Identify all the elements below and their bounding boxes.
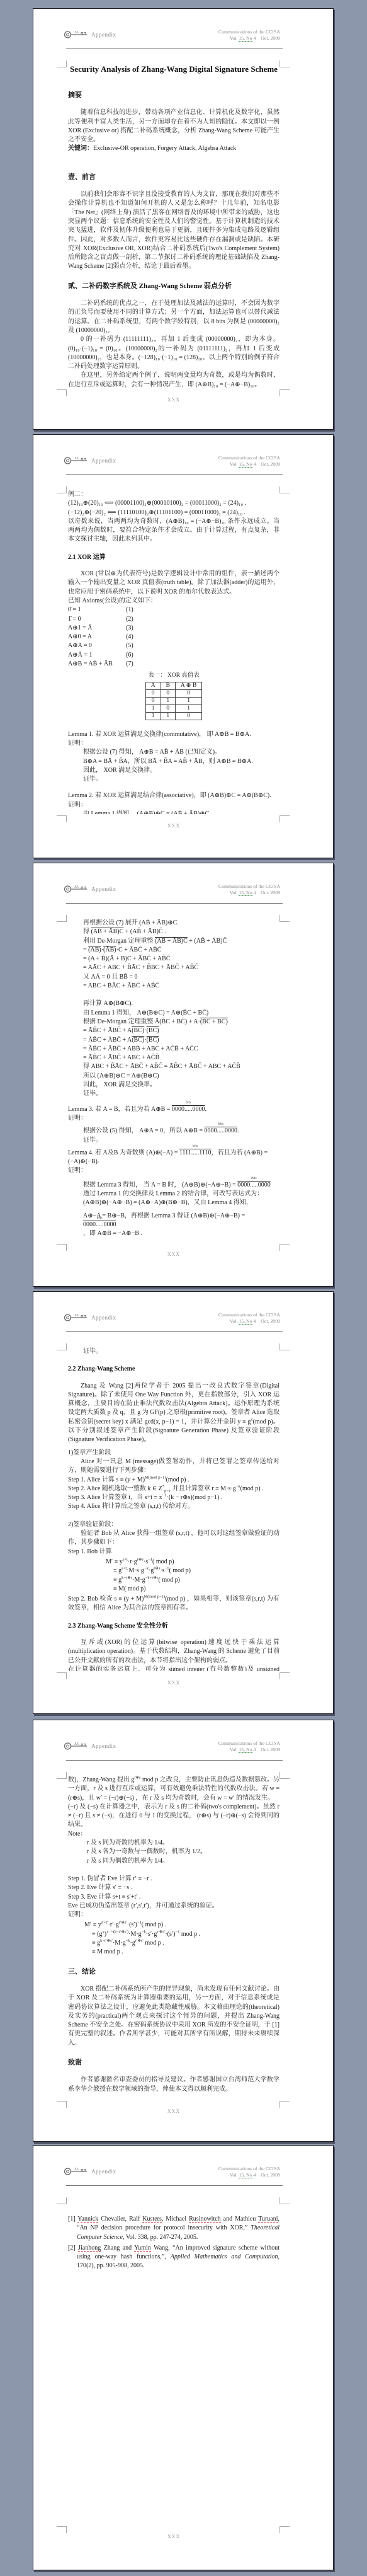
equation-line: 证毕。: [83, 1090, 279, 1098]
section-3-heading: 三、结论: [68, 1967, 279, 1976]
margin-mark-top-left: [57, 915, 67, 922]
table-cell: 1: [175, 697, 201, 704]
equation-line: 得 (AB̄ + ĀB)C + (AB̄ + ĀB)C̄ .: [83, 928, 279, 936]
journal-name: Communications of the CCISA: [218, 2166, 280, 2172]
journal-name: Communications of the CCISA: [218, 1740, 280, 1747]
table-header-cell: A: [145, 682, 161, 689]
journal-name: Communications of the CCISA: [218, 29, 280, 35]
table-header-cell: B: [161, 682, 175, 689]
page-2-content: 例二：(12)₁₀⊕(20)₁₀ ⟺ (00001100)₂⊕(00010100…: [68, 490, 279, 814]
margin-mark-bottom-left: [57, 389, 67, 396]
table-row: 011: [145, 697, 202, 704]
spacer: [68, 725, 279, 730]
table-row: 110: [145, 712, 202, 720]
journal-info: Communications of the CCISA Vol. 15, No …: [218, 29, 280, 42]
table-header-cell: A ⊕ B: [175, 682, 201, 689]
journal-vol-number: 15, No: [239, 890, 252, 896]
margin-mark-top-right: [279, 2197, 290, 2204]
paragraph: 互斥或(XOR)的位运算(bitwise operation)速度远快于乘法运算…: [68, 1638, 279, 1665]
equation-line: 证毕。: [83, 1136, 279, 1145]
header-rule: [66, 903, 283, 904]
spacer: [68, 1099, 279, 1105]
text-line: 证明：: [68, 1166, 279, 1175]
table-cell: 1: [161, 712, 175, 720]
equation-line: 根据公设 (5) 得知， A⊕A = 0，所以 A⊕B = bits0000..…: [83, 1127, 279, 1136]
ccisa-key-logo-icon: SA: [64, 2166, 89, 2177]
equation-line: 得 ABC + B̄ĀC + ĀBC̄ + AB̄C̄ = ĀB̄C + ĀBC…: [83, 1062, 279, 1071]
table-row: 000: [145, 689, 202, 697]
page-3: SA Appendix Communications of the CCISA …: [33, 863, 334, 1287]
equation-line: 因此， XOR 满足交换律。: [83, 766, 279, 775]
journal-logo: SA Appendix: [64, 2166, 116, 2177]
page-header: SA Appendix Communications of the CCISA …: [64, 1312, 280, 1330]
table-cell: 0: [161, 689, 175, 697]
header-rule: [66, 2185, 283, 2186]
spacer: [68, 1512, 279, 1521]
text-line: Lemma 3. 若 A = B，若且为若 A⊕B = bits0000....…: [68, 1105, 279, 1114]
equation-line: 证毕。: [83, 775, 279, 784]
journal-info: Communications of the CCISA Vol. 15, No …: [218, 1740, 280, 1753]
axiom-line: A⊕A = 0(5): [68, 641, 279, 650]
equation-line: = (AB̄)·(ĀB)·C + ĀBC̄ + AB̄C̄: [83, 946, 279, 955]
equation-line: = ĀB̄C + ĀBC̄ + A(B̄C)·(BC̄): [83, 1036, 279, 1045]
text-line: Note：: [68, 1830, 279, 1839]
page-number-footer: XXX: [68, 1251, 279, 1257]
equation-line: 再根据公设 (7) 展开 (AB̄ + ĀB)⊕C.: [83, 919, 279, 928]
section-2-3-heading: 2.3 Zhang-Wang Scheme 安全性分析: [68, 1622, 279, 1631]
table-cell: 1: [175, 704, 201, 712]
equation-line: 根据 De-Morgan 定理重整 Ā(B̄C + BC̄) + A·(B̄C …: [83, 1018, 279, 1026]
margin-mark-top-right: [279, 486, 290, 493]
page-number-footer: XXX: [68, 2534, 279, 2539]
journal-vol-number: 15, No: [239, 461, 252, 468]
table-cell: 1: [145, 704, 161, 712]
paragraph: 二补码系统的优点之一，在于处理加法及减法的运算时，不会因为数字的正负号而要使用不…: [68, 299, 279, 335]
paragraph: Zhang 及 Wang [2]两位学者于 2005 提出一改良式数字签章(Di…: [68, 1382, 279, 1445]
svg-text:SA: SA: [74, 457, 79, 461]
acknowledgement-heading: 致谢: [68, 2058, 279, 2067]
margin-mark-top-right: [279, 915, 290, 922]
journal-issue: Vol. 15, No 4 Oct. 2009: [218, 1318, 280, 1325]
page-4-content: 证毕。2.2 Zhang-Wang SchemeZhang 及 Wang [2]…: [68, 1347, 279, 1671]
header-appendix-label: Appendix: [91, 1314, 116, 1321]
page-5-content: 数)，Zhang-Wang 提出 gr⊕s mod p 之改良，主要防止讯息伪造…: [68, 1776, 279, 2100]
equation-line: 所以 (A⊕B)⊕C = A⊕(B⊕C): [83, 1072, 279, 1081]
page-6: SA Appendix Communications of the CCISA …: [33, 2145, 334, 2570]
paragraph: 在计算器的实务运算上，可分为 signed integer (有号数整数)及 u…: [68, 1665, 279, 1671]
abstract-heading: 摘要: [68, 91, 279, 100]
text-line: 证明：: [68, 739, 279, 748]
page-header: SA Appendix Communications of the CCISA …: [64, 883, 280, 901]
header-rule: [66, 1331, 283, 1332]
journal-issue-date: 4 Oct. 2009: [254, 890, 280, 895]
equation-line: 又 AĀ = 0 且 BB̄ = 0: [83, 973, 279, 982]
svg-text:SA: SA: [74, 31, 79, 35]
paragraph: (−r) 及 (−s) 在计算器之中，表示为 r 及 s 的二补码(two's …: [68, 1803, 279, 1830]
svg-text:SA: SA: [74, 885, 79, 889]
page-header: SA Appendix Communications of the CCISA …: [64, 455, 280, 473]
text-line: Lemma 4. 若 A及B 为奇数则 (A)⊕(−A) = bits1111.…: [68, 1149, 279, 1167]
equation-line: A⊕−A = B⊕−B，再根据 Lemma 3 得证 (A⊕B)⊕(−A⊕−B)…: [83, 1212, 279, 1230]
spacer: [68, 784, 279, 791]
margin-mark-bottom-right: [279, 389, 290, 396]
equation-line: 透过 Lemma 1 的交换律及 Lemma 2 的结合律，可改写表达式为：: [83, 1190, 279, 1199]
paragraph: Step 2. Bob 检查 s ≡ (y + M)M(mod p−1)(mod…: [68, 1595, 279, 1613]
paragraph: 作者感谢匿名审查委员的指导及建议。作者感谢国立台湾师范大学数学系李华介教授在数学…: [68, 2076, 279, 2094]
page-number-footer: XXX: [68, 1680, 279, 1686]
journal-vol-number: 15, No: [239, 1318, 252, 1325]
page-6-content: [1] Yannick Chevalier, Ralf Kusters, Mic…: [68, 2201, 279, 2525]
svg-text:SA: SA: [74, 1314, 79, 1318]
margin-mark-bottom-right: [279, 2101, 290, 2108]
paragraph: 以奇数来说，当两两均为奇数时，(A⊕B)₁₀ = (−A⊕−B)₁₀ 条件永远成…: [68, 517, 279, 544]
page-3-content: 再根据公设 (7) 展开 (AB̄ + ĀB)⊕C.得 (AB̄ + ĀB)C …: [68, 919, 279, 1243]
margin-mark-bottom-left: [57, 1672, 67, 1679]
journal-vol-prefix: Vol.: [230, 1747, 238, 1752]
margin-mark-bottom-left: [57, 815, 67, 822]
journal-vol-prefix: Vol.: [230, 35, 238, 41]
text-line: 证明：: [68, 801, 279, 810]
table-cell: 0: [145, 697, 161, 704]
header-rule: [66, 474, 283, 475]
margin-mark-bottom-right: [279, 1672, 290, 1679]
header-appendix-label: Appendix: [91, 2168, 116, 2175]
section-2-1-heading: 2.1 XOR 运算: [68, 553, 279, 562]
text-line: Step 4. Alice 将计算后之签章 (s,r,t) 传给对方。: [68, 1502, 279, 1511]
journal-vol-prefix: Vol.: [230, 890, 238, 895]
reference-1: [1] Yannick Chevalier, Ralf Kusters, Mic…: [68, 2215, 279, 2242]
equation-line: r 及 s 同为奇数的机率为 1/4。: [87, 1839, 279, 1848]
ccisa-key-logo-icon: SA: [64, 455, 89, 466]
journal-info: Communications of the CCISA Vol. 15, No …: [218, 1312, 280, 1325]
margin-mark-top-right: [279, 60, 290, 67]
keywords: 关键词：Exclusive-OR operation, Forgery Atta…: [68, 144, 279, 153]
axiom-line: A⊕1 = Ā(3): [68, 624, 279, 633]
journal-logo: SA Appendix: [64, 29, 116, 40]
margin-mark-top-right: [279, 1343, 290, 1350]
equation-line: = ABC + B̄ĀC + ĀBC̄ + AB̄C̄: [83, 982, 279, 991]
text-line: 2)签章验证阶段：: [68, 1521, 279, 1529]
margin-mark-top-left: [57, 486, 67, 493]
page-1-content: Security Analysis of Zhang-Wang Digital …: [68, 64, 279, 388]
ccisa-key-logo-icon: SA: [64, 29, 89, 40]
equation-line: = ĀB̄C + ĀBC̄ + A(B̄C)·(BC̄): [83, 1026, 279, 1035]
paper-title: Security Analysis of Zhang-Wang Digital …: [68, 64, 279, 74]
section-1-heading: 壹、前言: [68, 173, 279, 181]
journal-issue-date: 4 Oct. 2009: [254, 1318, 280, 1324]
equation-line: = ĀB̄C + ĀBC̄ + ABB̄ + ABC + AC̄B̄ + AC̄…: [83, 1045, 279, 1054]
paragraph: 验证者 Bob 从 Alice 获得一组签章 (s,r,t) ，他可以对这组签章…: [68, 1529, 279, 1548]
equation-line: = (A + B̄)(Ā + B)C + ĀBC̄ + AB̄C̄: [83, 955, 279, 963]
equation-line: = ĀB̄C + ĀBC̄ + ABC + AC̄B̄: [83, 1054, 279, 1062]
margin-mark-bottom-left: [57, 2526, 67, 2533]
svg-text:SA: SA: [74, 1742, 79, 1746]
equation-line: (12)₁₀⊕(20)₁₀ ⟺ (00001100)₂⊕(00010100)₂ …: [68, 499, 279, 508]
svg-text:SA: SA: [74, 2168, 79, 2171]
paragraph: 数)，Zhang-Wang 提出 gr⊕s mod p 之改良，主要防止讯息伪造…: [68, 1776, 279, 1803]
equation-line: 因此， XOR 满足交换率。: [83, 1081, 279, 1090]
equation-line: 根据公设 (7) 得知， A⊕B = AB̄ + ĀB (已知定义)。: [83, 748, 279, 757]
margin-mark-bottom-left: [57, 1244, 67, 1251]
header-appendix-label: Appendix: [91, 457, 116, 464]
text-line: Step 3. Eve 计算 s+t ≡ s′+t′ .: [68, 1893, 279, 1902]
journal-issue-date: 4 Oct. 2009: [254, 2172, 280, 2178]
margin-mark-bottom-right: [279, 1244, 290, 1251]
journal-info: Communications of the CCISA Vol. 15, No …: [218, 455, 280, 468]
equation-line: 根据 Lemma 3 得知， 当 A = B 时， (A⊕B)⊕(−A⊕−B) …: [83, 1181, 279, 1190]
page-header: SA Appendix Communications of the CCISA …: [64, 1740, 280, 1758]
journal-issue: Vol. 15, No 4 Oct. 2009: [218, 2172, 280, 2178]
equation-block: M′ ≡ ys+t·r·gr⊕s·s−1( mod p)≡ gs+t·M·s·g…: [68, 1558, 279, 1594]
header-rule: [66, 1760, 283, 1761]
text-line: Step 1. 伪冒者 Eve 计算 r′ ≡ −r .: [68, 1875, 279, 1883]
journal-issue-date: 4 Oct. 2009: [254, 461, 280, 467]
journal-issue: Vol. 15, No 4 Oct. 2009: [218, 890, 280, 896]
journal-info: Communications of the CCISA Vol. 15, No …: [218, 2166, 280, 2178]
spacer: [68, 991, 279, 999]
header-appendix-label: Appendix: [91, 886, 116, 892]
text-line: Lemma 1. 若 XOR 运算满足交换律(commutative)， 即 A…: [68, 730, 279, 739]
text-line: Step 2. Eve 计算 s′ ≡ −s .: [68, 1883, 279, 1892]
text-line: 例二：: [68, 490, 279, 499]
paragraph: 在这里，另外给定两个例子，说明两变量均为奇数，或是均为偶数时，在进行互斥或运算时…: [68, 371, 279, 388]
journal-name: Communications of the CCISA: [218, 883, 280, 890]
ccisa-key-logo-icon: SA: [64, 883, 89, 895]
equation-line: 由 Lemma 1 得知， A⊕(B⊕C) = A⊕(B̄C + BC̄): [83, 1009, 279, 1018]
text-line: Step 1. Alice 计算 s ≡ (y + M)M(mod p−1)(m…: [68, 1476, 279, 1485]
journal-issue: Vol. 15, No 4 Oct. 2009: [218, 461, 280, 468]
page-number-footer: XXX: [68, 2108, 279, 2114]
table-row: 101: [145, 704, 202, 712]
equation-line: ，即 A⊕B = −A⊕−B .: [83, 1229, 279, 1238]
equation-line: = AĀC + ABC + B̄ĀC + B̄BC + ĀBC̄ + AB̄C̄: [83, 963, 279, 972]
journal-issue: Vol. 15, No 4 Oct. 2009: [218, 1747, 280, 1753]
section-2-heading: 贰、二补码数字系统及 Zhang-Wang Scheme 弱点分析: [68, 282, 279, 290]
text-line: Step 1. Bob 计算: [68, 1548, 279, 1556]
text-line: 证明：: [68, 1114, 279, 1123]
paragraph: 以前我们会形容不识字且没接受教育的人为文盲，那现在我们对那些不会操作计算机也不知…: [68, 190, 279, 272]
journal-logo: SA Appendix: [64, 1740, 116, 1752]
journal-vol-prefix: Vol.: [230, 2172, 238, 2178]
equation-line: 由 Lemma 1 得知， (A⊕B)⊕C = (AB̄ + ĀB)⊕C.: [83, 810, 279, 814]
table-cell: 0: [161, 704, 175, 712]
equation-line: r 及 s 同为偶数的机率为 1/4。: [87, 1857, 279, 1866]
text-line: Lemma 2. 若 XOR 运算满足结合律(associative)，即 (A…: [68, 791, 279, 800]
page-2: SA Appendix Communications of the CCISA …: [33, 434, 334, 858]
equation-line: 利用 De-Morgan 定理重整 (AB̄ + ĀB)C + (AB̄ + Ā…: [83, 937, 279, 946]
journal-issue-date: 4 Oct. 2009: [254, 1747, 280, 1752]
equation-line: B⊕A = BĀ + B̄A，所以 BĀ + B̄A = AB̄ + ĀB，则 …: [83, 757, 279, 766]
margin-mark-bottom-left: [57, 2101, 67, 2108]
equation-line: (−12)₂⊕(−20)₂ ⟺ (11110100)₂⊕(11101100) =…: [68, 509, 279, 517]
journal-vol-prefix: Vol.: [230, 461, 238, 467]
margin-mark-top-left: [57, 1343, 67, 1350]
page-4: SA Appendix Communications of the CCISA …: [33, 1291, 334, 1714]
paragraph: Alice 对一讯息 M (message)做签署动作，并将已签署之签章传送给对…: [68, 1458, 279, 1476]
ccisa-key-logo-icon: SA: [64, 1740, 89, 1752]
text-line: Step 2. Alice 随机选取一整数 k ∈ Z*p−1 并且计算签章 r…: [68, 1485, 279, 1493]
journal-logo: SA Appendix: [64, 455, 116, 466]
margin-mark-bottom-right: [279, 815, 290, 822]
spacer: [68, 154, 279, 163]
axiom-line: A⊕0 = A(4): [68, 633, 279, 641]
paragraph: 0 的一补码为 (11111111)₂，再加 1 后变成 (00000000)₂…: [68, 335, 279, 371]
text-line: Eve 已成功伪造出签章 (r′,s′,t′)，并可通过系统的验证。: [68, 1902, 279, 1911]
xor-truth-table: 表一： XOR 真值表ABA ⊕ B000011101110: [68, 671, 279, 720]
spacer: [68, 2201, 279, 2215]
spacer: [68, 1866, 279, 1875]
document-viewer: SA Appendix Communications of the CCISA …: [0, 0, 367, 2576]
journal-name: Communications of the CCISA: [218, 455, 280, 461]
page-number-footer: XXX: [68, 397, 279, 403]
paragraph: XOR 搭配二补码系统所产生的怪异现象，尚未发现有任何文献讨论。由于 XOR 及…: [68, 1985, 279, 2048]
journal-info: Communications of the CCISA Vol. 15, No …: [218, 883, 280, 896]
equation-line: 证毕。: [83, 1347, 279, 1356]
header-appendix-label: Appendix: [91, 32, 116, 38]
text-line: 证明：: [68, 1911, 279, 1919]
journal-issue-date: 4 Oct. 2009: [254, 35, 280, 41]
table-cell: 1: [145, 712, 161, 720]
spacer: [68, 1176, 279, 1181]
journal-vol-number: 15, No: [239, 35, 252, 42]
journal-vol-number: 15, No: [239, 2172, 252, 2178]
paragraph: XOR (常以⊕为代表符号)是数字逻辑设计中常用的组件，表一描述两个输入一个输出…: [68, 570, 279, 597]
page-1: SA Appendix Communications of the CCISA …: [33, 8, 334, 430]
reference-2: [2] Jianhong Zhang and Yumin Wang, “An i…: [68, 2244, 279, 2271]
margin-mark-top-left: [57, 1772, 67, 1779]
equation-line: 再计算 A⊕(B⊕C).: [83, 999, 279, 1008]
equation-block: M′ ≡ ys′+t′·r′·gr′⊕s′·(s′)−1( mod p) .≡ …: [68, 1921, 279, 1957]
table-caption: 表一： XOR 真值表: [68, 671, 279, 680]
section-2-2-heading: 2.2 Zhang-Wang Scheme: [68, 1365, 279, 1374]
axiom-line: 0̄ = 1(1): [68, 606, 279, 614]
axiom-line: A⊕B = AB̄ + ĀB(7): [68, 660, 279, 669]
text-line: Step 3. Alice 计算签章 t，当 s+t ≡ x−1·(k − r⊕…: [68, 1493, 279, 1502]
table-cell: 0: [145, 689, 161, 697]
journal-issue: Vol. 15, No 4 Oct. 2009: [218, 35, 280, 42]
ccisa-key-logo-icon: SA: [64, 1312, 89, 1323]
table-cell: 1: [161, 697, 175, 704]
text-line: 已知 Axioms(公设)的定义如下：: [68, 597, 279, 606]
page-5: SA Appendix Communications of the CCISA …: [33, 1720, 334, 2142]
table-cell: 0: [175, 689, 201, 697]
equation-line: (A⊕B)⊕(−A⊕−B) = (A⊕−A)⊕(B⊕−B)，又由 Lemma 4…: [83, 1199, 279, 1207]
text-line: 1)签章产生阶段: [68, 1449, 279, 1458]
margin-mark-top-right: [279, 1772, 290, 1779]
page-header: SA Appendix Communications of the CCISA …: [64, 2166, 280, 2183]
journal-vol-prefix: Vol.: [230, 1318, 238, 1324]
journal-name: Communications of the CCISA: [218, 1312, 280, 1318]
table-cell: 0: [175, 712, 201, 720]
margin-mark-top-left: [57, 2197, 67, 2204]
page-number-footer: XXX: [68, 823, 279, 829]
equation-line: r 及 s 各为一奇数与一偶数时，机率为 1/2。: [87, 1848, 279, 1856]
margin-mark-bottom-right: [279, 2526, 290, 2533]
margin-mark-top-left: [57, 60, 67, 67]
journal-vol-number: 15, No: [239, 1747, 252, 1753]
paragraph: 随着信息科技的进步，带动各项产业信息化、计算机化及数字化，虽然此等便利丰富人类生…: [68, 108, 279, 144]
journal-logo: SA Appendix: [64, 883, 116, 895]
header-appendix-label: Appendix: [91, 1743, 116, 1749]
axiom-line: A⊕Ā = 1(6): [68, 651, 279, 660]
header-rule: [66, 49, 283, 49]
axiom-line: 1̄ = 0(2): [68, 615, 279, 624]
journal-logo: SA Appendix: [64, 1312, 116, 1323]
page-header: SA Appendix Communications of the CCISA …: [64, 29, 280, 47]
